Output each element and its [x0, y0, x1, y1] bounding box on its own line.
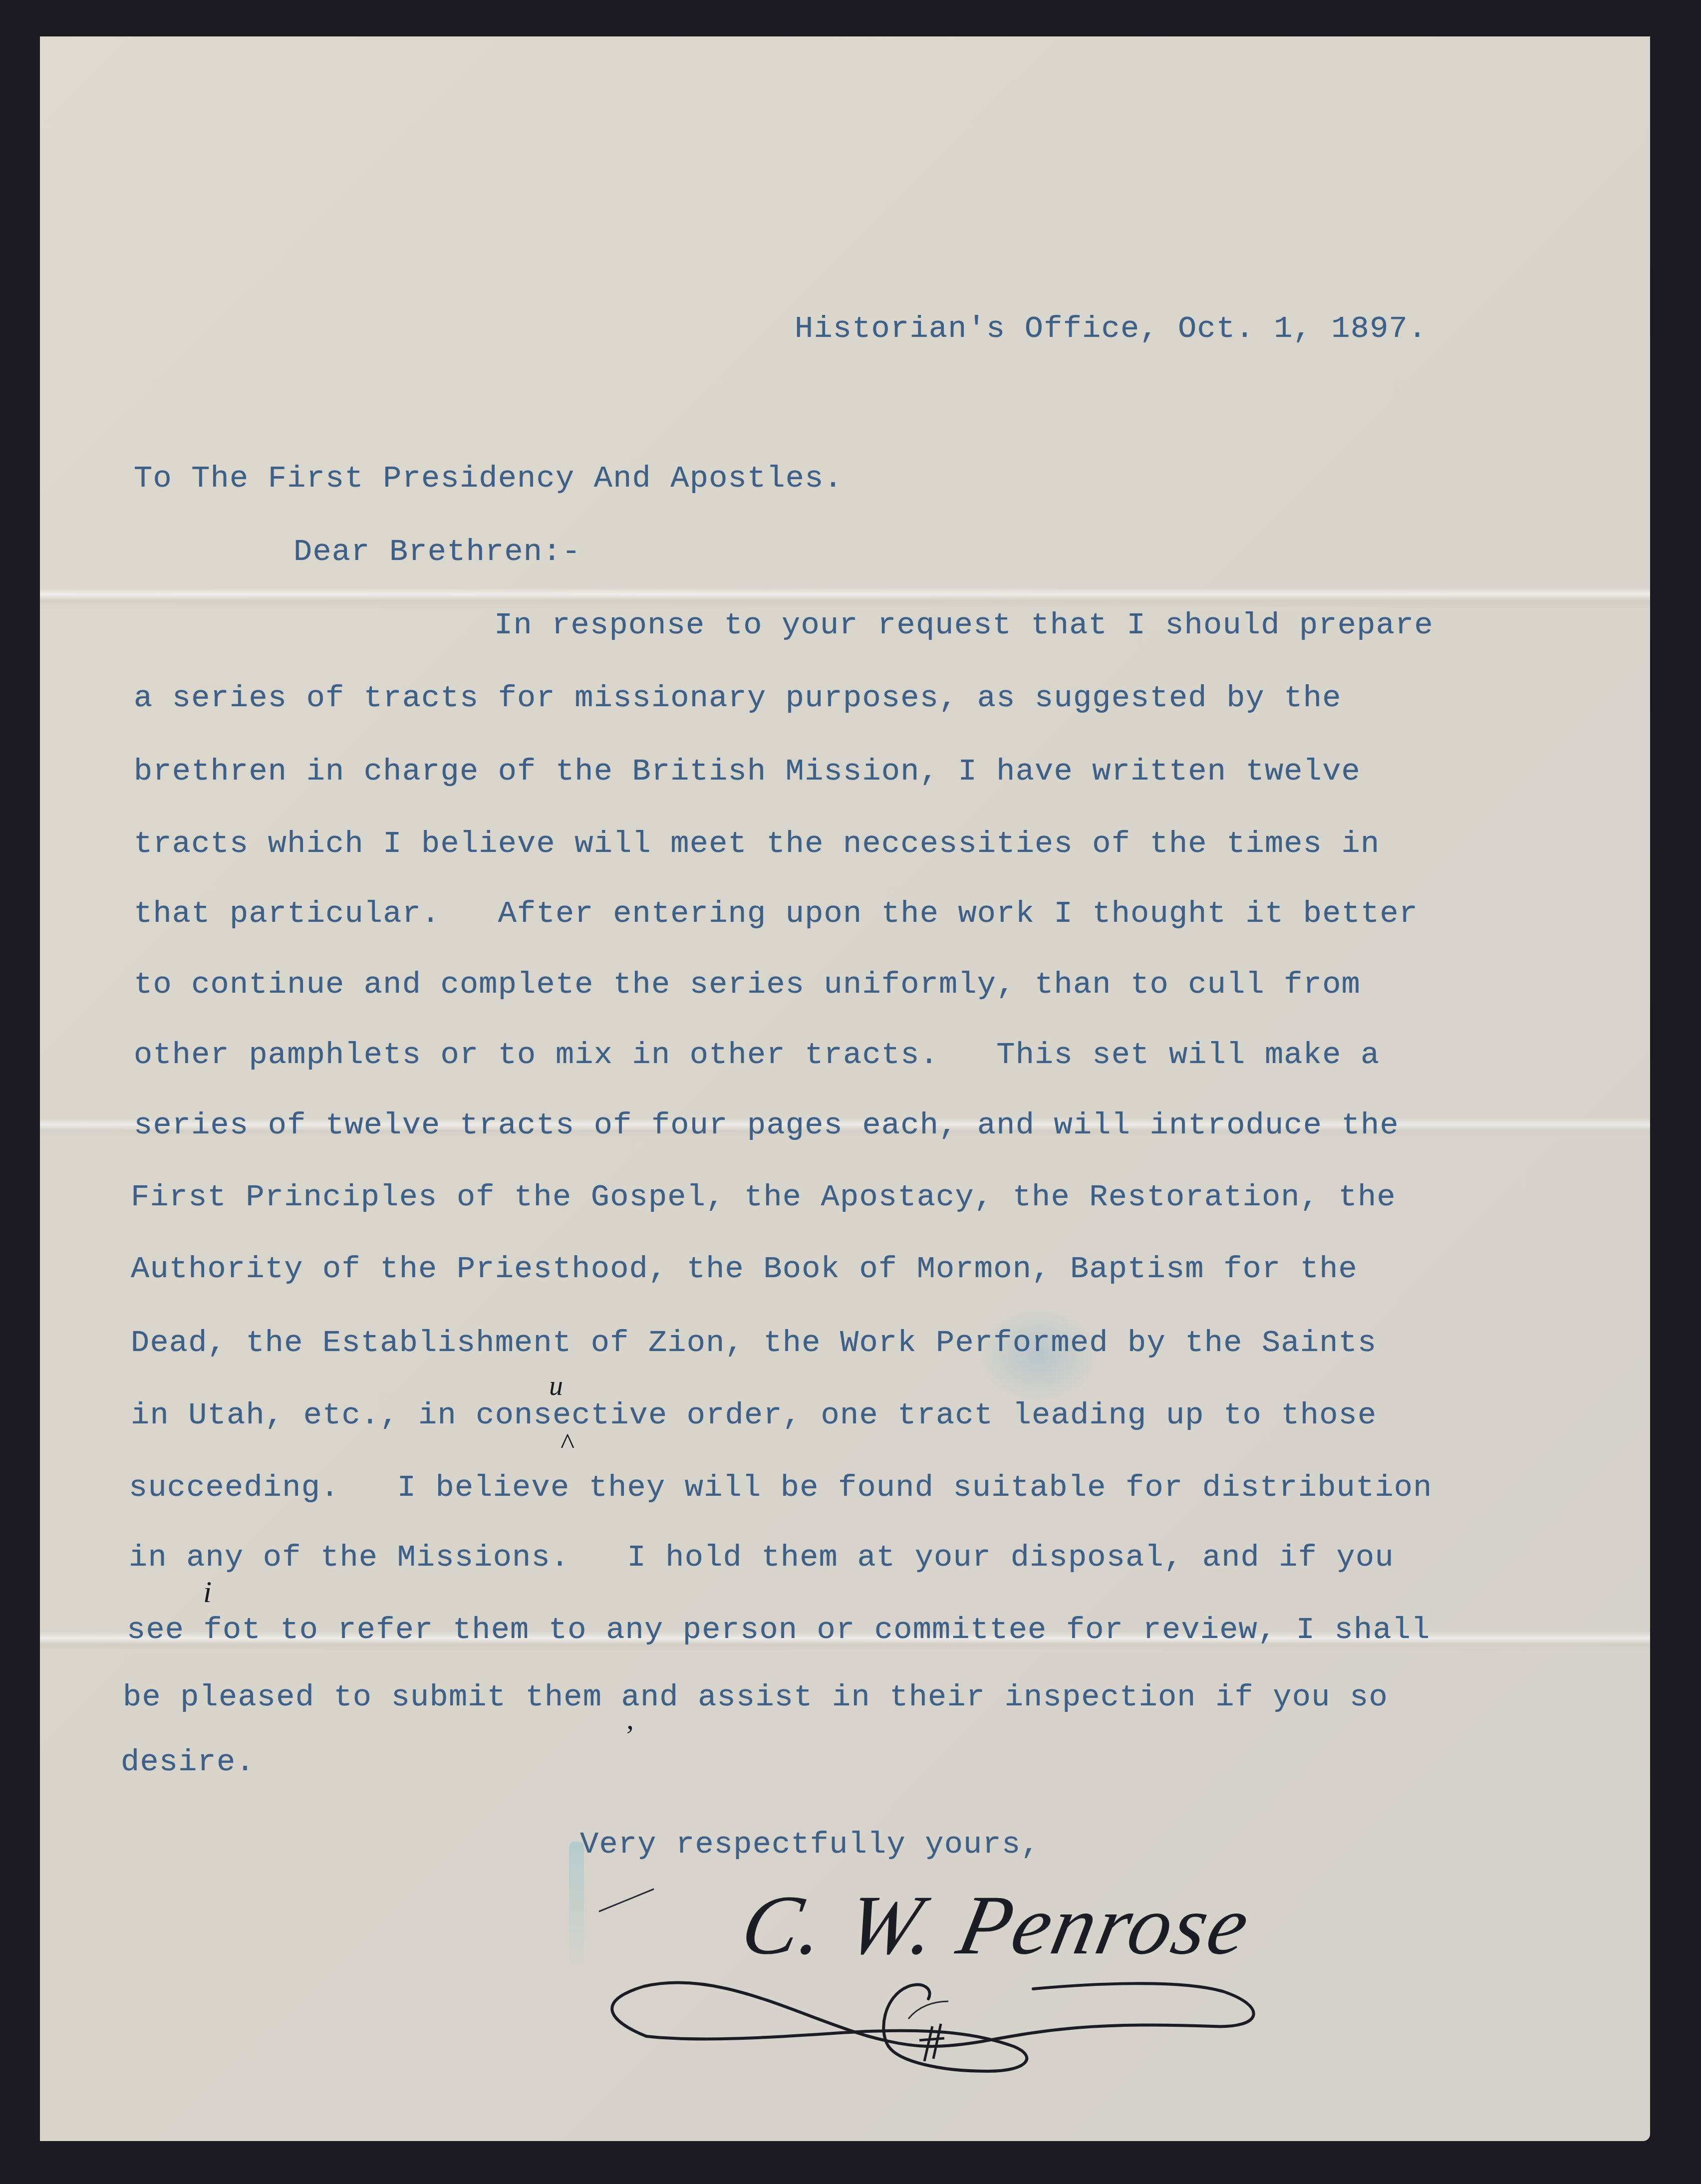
body-line: that particular. After entering upon the… — [134, 898, 1418, 929]
body-line: Authority of the Priesthood, the Book of… — [131, 1254, 1358, 1285]
dateline: Historian's Office, Oct. 1, 1897. — [795, 313, 1427, 344]
handwritten-correction: i — [203, 1575, 212, 1610]
body-line: see fot to refer them to any person or c… — [127, 1615, 1430, 1645]
body-line: series of twelve tracts of four pages ea… — [134, 1110, 1399, 1141]
body-line: tracts which I believe will meet the nec… — [134, 828, 1380, 859]
body-line: be pleased to submit them and assist in … — [123, 1682, 1388, 1713]
greeting: Dear Brethren:- — [293, 537, 581, 567]
body-line: other pamphlets or to mix in other tract… — [134, 1040, 1380, 1071]
body-line: a series of tracts for missionary purpos… — [134, 683, 1342, 714]
body-line: desire. — [121, 1747, 255, 1778]
body-line: succeeding. I believe they will be found… — [129, 1472, 1432, 1503]
body-line: In response to your request that I shoul… — [494, 610, 1433, 641]
body-line: in any of the Missions. I hold them at y… — [129, 1542, 1394, 1573]
handwritten-insertion: u — [549, 1370, 563, 1402]
body-line: brethren in charge of the British Missio… — [134, 756, 1361, 787]
body-line: Dead, the Establishment of Zion, the Wor… — [131, 1328, 1377, 1359]
body-line: First Principles of the Gospel, the Apos… — [131, 1182, 1396, 1213]
body-line: in Utah, etc., in consective order, one … — [131, 1400, 1377, 1431]
insertion-caret: ^ — [561, 1426, 574, 1461]
closing: Very respectfully yours, — [580, 1829, 1040, 1860]
recipient-line: To The First Presidency And Apostles. — [134, 463, 843, 494]
signature-flourish-icon — [589, 1857, 1288, 2116]
handwritten-comma: , — [626, 1702, 634, 1736]
letter-paper — [40, 36, 1650, 2141]
body-line: to continue and complete the series unif… — [134, 969, 1361, 1000]
